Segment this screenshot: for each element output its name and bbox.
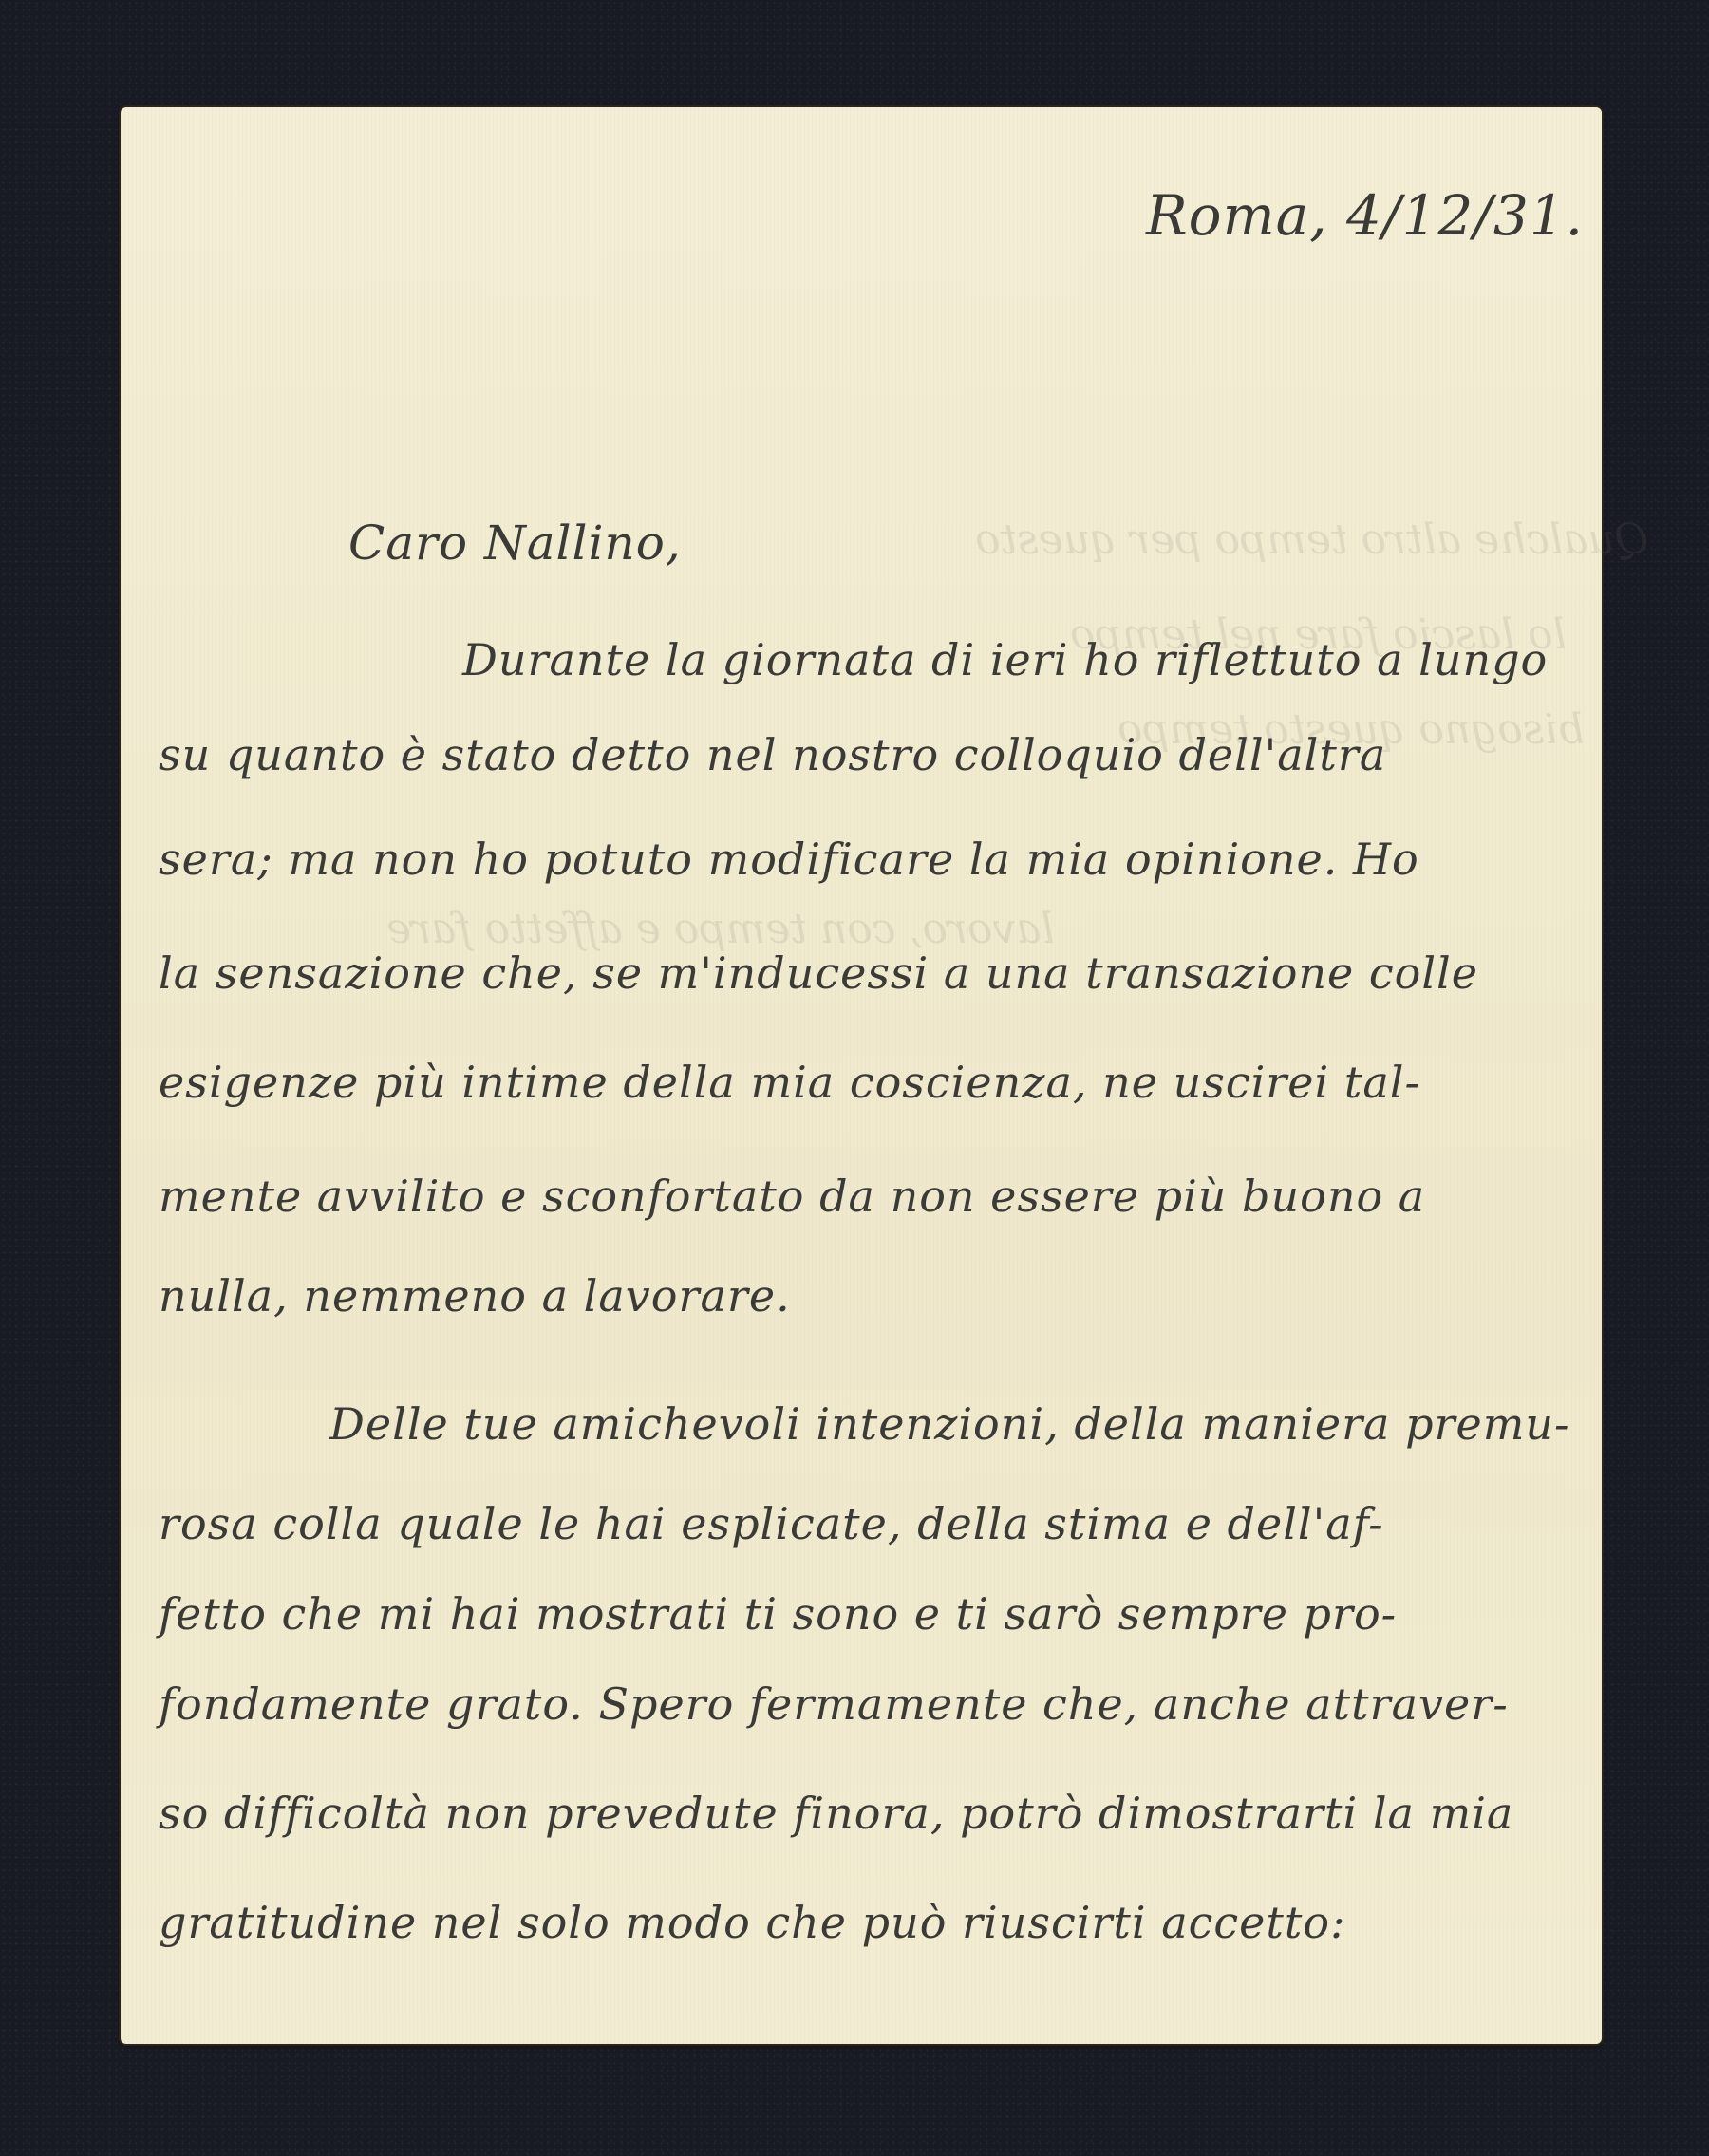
letter-line: rosa colla quale le hai esplicate, della… [159,1498,1384,1549]
letter-line: nulla, nemmeno a lavorare. [159,1270,791,1322]
letter-line: Delle tue amichevoli intenzioni, della m… [329,1398,1570,1450]
place-date: Roma, 4/12/31. [1146,183,1584,248]
letter-line: gratitudine nel solo modo che può riusci… [159,1897,1346,1948]
letter-line: Durante la giornata di ieri ho riflettut… [462,634,1548,685]
letter-line: mente avvilito e sconfortato da non esse… [159,1171,1425,1222]
letter-line: esigenze più intime della mia coscienza,… [159,1057,1420,1108]
bleed-through-text: Qualche altro tempo per questo [975,516,1649,564]
letter-line: su quanto è stato detto nel nostro collo… [159,729,1386,780]
letter-line: la sensazione che, se m'inducessi a una … [159,947,1478,999]
letter-page: Qualche altro tempo per questo lo lascio… [121,107,1602,2044]
letter-line: fondamente grato. Spero fermamente che, … [159,1678,1509,1730]
bleed-through-text: lavoro, con tempo e affetto fare [386,905,1055,953]
letter-line: so difficoltà non prevedute finora, potr… [159,1788,1513,1839]
letter-line: sera; ma non ho potuto modificare la mia… [159,834,1419,885]
salutation: Caro Nallino, [348,516,682,571]
letter-line: fetto che mi hai mostrati ti sono e ti s… [159,1588,1397,1640]
